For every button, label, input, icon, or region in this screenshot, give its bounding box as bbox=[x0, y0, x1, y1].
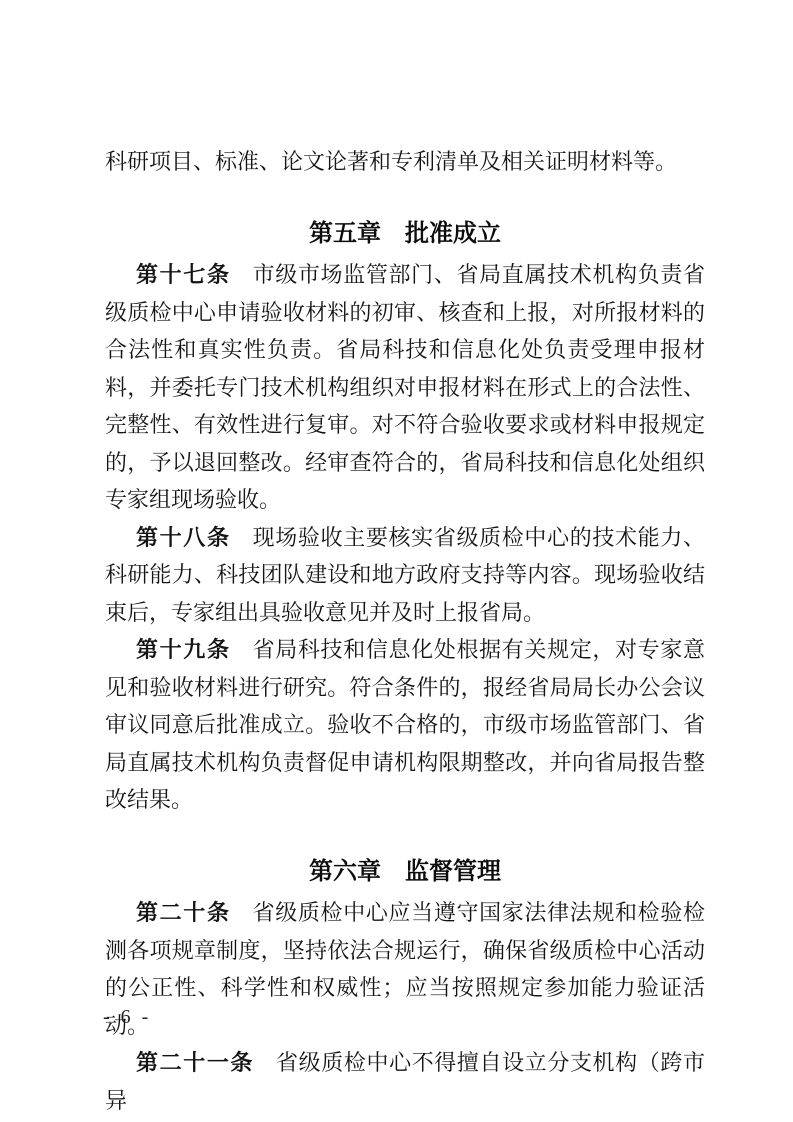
article-19-label: 第十九条 bbox=[136, 637, 231, 662]
article-18: 第十八条现场验收主要核实省级质检中心的技术能力、科研能力、科技团队建设和地方政府… bbox=[105, 519, 705, 632]
page-number: - 6 - bbox=[103, 1006, 151, 1029]
article-20-label: 第二十条 bbox=[136, 900, 231, 925]
article-17-label: 第十七条 bbox=[136, 262, 231, 287]
article-21-label: 第二十一条 bbox=[136, 1050, 254, 1075]
paragraph-continued-from-previous-page: 科研项目、标准、论文论著和专利清单及相关证明材料等。 bbox=[105, 143, 705, 181]
article-21: 第二十一条省级质检中心不得擅自设立分支机构（跨市异 bbox=[105, 1044, 705, 1119]
article-19-text: 省局科技和信息化处根据有关规定，对专家意见和验收材料进行研究。符合条件的，报经省… bbox=[105, 637, 705, 812]
article-17-text: 市级市场监管部门、省局直属技术机构负责省级质检中心申请验收材料的初审、核查和上报… bbox=[105, 262, 705, 512]
article-18-label: 第十八条 bbox=[136, 525, 231, 550]
document-content: 科研项目、标准、论文论著和专利清单及相关证明材料等。 第五章 批准成立 第十七条… bbox=[105, 143, 705, 1119]
chapter-heading-5: 第五章 批准成立 bbox=[105, 215, 705, 253]
article-19: 第十九条省局科技和信息化处根据有关规定，对专家意见和验收材料进行研究。符合条件的… bbox=[105, 631, 705, 819]
chapter-heading-6: 第六章 监督管理 bbox=[105, 853, 705, 891]
document-page: 科研项目、标准、论文论著和专利清单及相关证明材料等。 第五章 批准成立 第十七条… bbox=[0, 0, 793, 1122]
article-20: 第二十条省级质检中心应当遵守国家法律法规和检验检测各项规章制度，坚持依法合规运行… bbox=[105, 894, 705, 1044]
article-17: 第十七条市级市场监管部门、省局直属技术机构负责省级质检中心申请验收材料的初审、核… bbox=[105, 256, 705, 519]
